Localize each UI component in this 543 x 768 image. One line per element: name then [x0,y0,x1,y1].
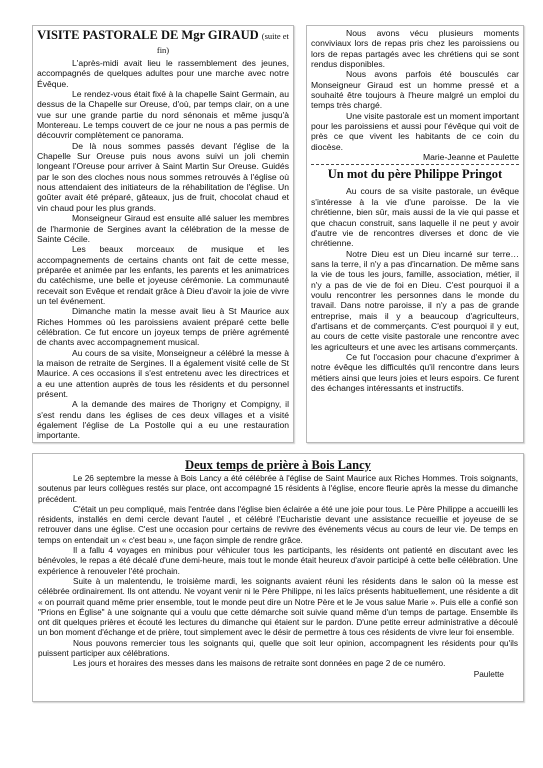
paragraph: Le rendez-vous était fixé à la chapelle … [37,89,289,141]
article-visite-pastorale: VISITE PASTORALE DE Mgr GIRAUD (suite et… [32,25,294,443]
dashed-divider [311,164,519,165]
paragraph: Nous avons vécu plusieurs moments conviv… [311,28,519,69]
paragraph: Une visite pastorale est un moment impor… [311,111,519,152]
article-title: Un mot du père Philippe Pringot [311,168,519,181]
paragraph: De là nous sommes passés devant l'église… [37,141,289,213]
paragraph: Les jours et horaires des messes dans le… [38,659,518,669]
paragraph: A la demande des maires de Thorigny et C… [37,399,289,440]
article-title: VISITE PASTORALE DE Mgr GIRAUD (suite et… [37,29,289,57]
paragraph: Il a fallu 4 voyages en minibus pour véh… [38,546,518,577]
title-text: VISITE PASTORALE DE Mgr GIRAUD [37,28,259,42]
paragraph: Le 26 septembre la messe à Bois Lancy a … [38,474,518,505]
paragraph: L'après-midi avait lieu le rassemblement… [37,58,289,89]
right-column: Nous avons vécu plusieurs moments conviv… [306,25,524,443]
signature: Marie-Jeanne et Paulette [311,152,519,162]
paragraph: Nous pouvons remercier tous les soignant… [38,639,518,660]
paragraph: Dimanche matin la messe avait lieu à St … [37,306,289,347]
paragraph: Au cours de sa visite pastorale, un évêq… [311,186,519,248]
paragraph: Monseigneur Giraud est ensuite allé salu… [37,213,289,244]
paragraph: Au cours de sa visite, Monseigneur a cél… [37,348,289,400]
paragraph: Ce fut l'occasion pour chacune d'exprime… [311,352,519,393]
article-bois-lancy: Deux temps de prière à Bois Lancy Le 26 … [32,453,524,702]
paragraph: Notre Dieu est un Dieu incarné sur terre… [311,249,519,352]
paragraph: C'était un peu compliqué, mais l'entrée … [38,505,518,546]
paragraph: Suite à un malentendu, le troisième mard… [38,577,518,639]
signature: Paulette [38,670,518,680]
paragraph: Nous avons parfois été bousculés car Mon… [311,69,519,110]
paragraph: Les beaux morceaux de musique et les acc… [37,244,289,306]
article-title: Deux temps de prière à Bois Lancy [38,459,518,472]
